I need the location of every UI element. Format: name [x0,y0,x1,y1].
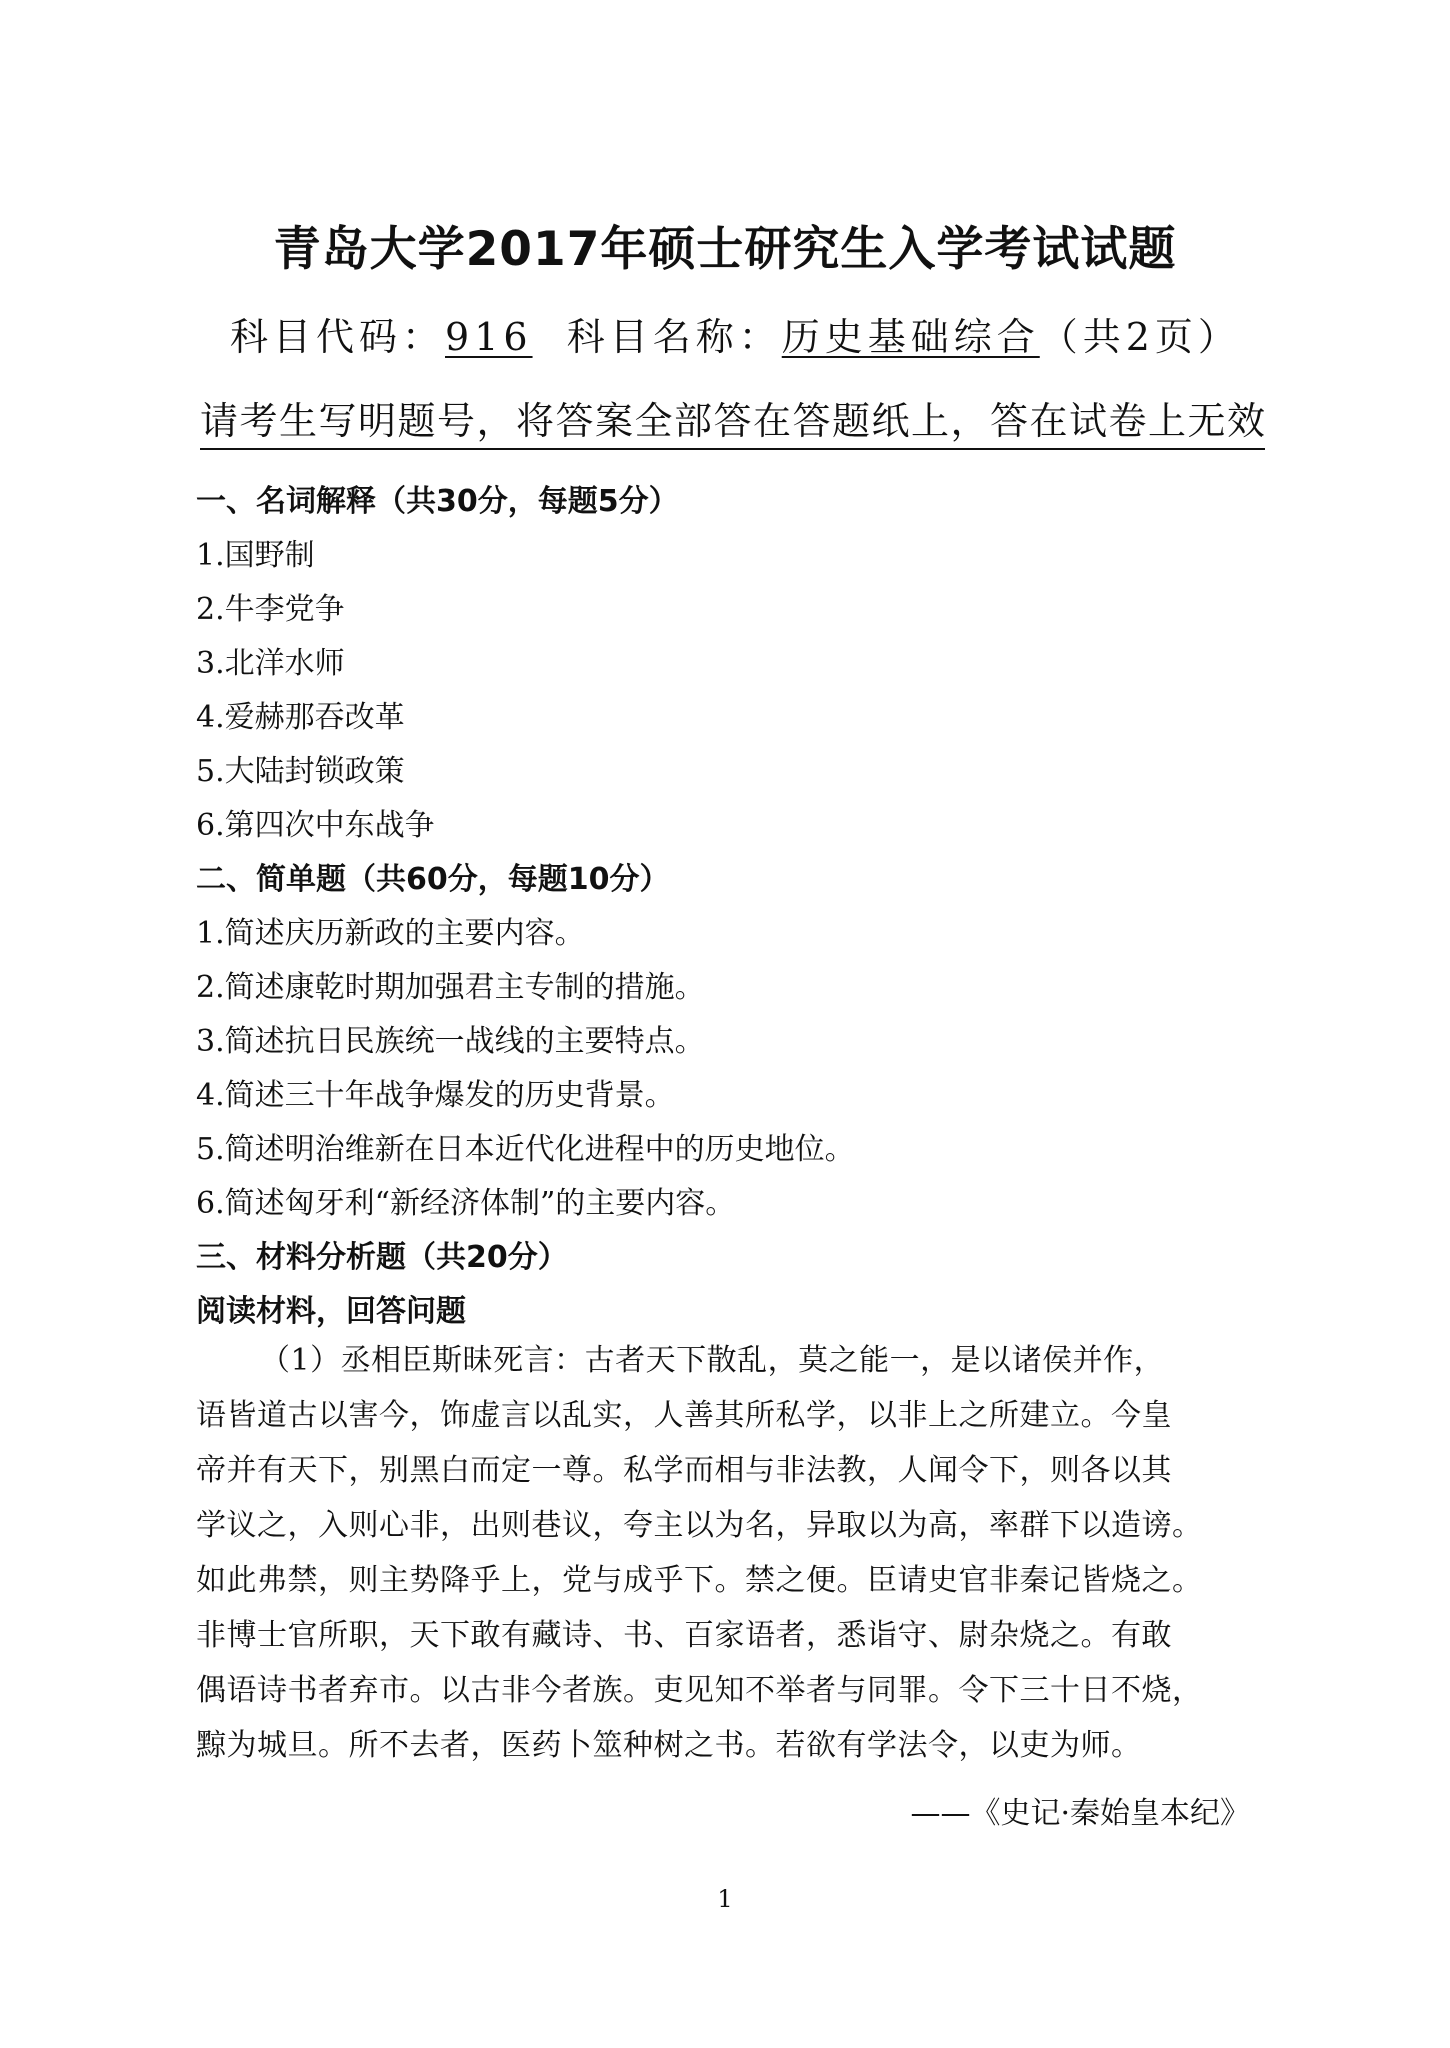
list-item: 1.简述庆历新政的主要内容。 [196,908,585,952]
passage-line: 帝并有天下，别黑白而定一尊。私学而相与非法教，人闻令下，则各以其 [196,1443,1276,1498]
exam-page: 青岛大学2017年硕士研究生入学考试试题 科目代码：916 科目名称：历史基础综… [0,0,1450,2048]
passage-line: 学议之，入则心非，出则巷议，夸主以为名，异取以为高，率群下以造谤。 [196,1498,1276,1553]
passage-source: ——《史记·秦始皇本纪》 [910,1788,1250,1832]
subject-line: 科目代码：916 科目名称：历史基础综合（共2页） [230,306,1241,361]
list-item: 2.牛李党争 [196,584,345,628]
source-passage: （1）丞相臣斯昧死言：古者天下散乱，莫之能一，是以诸侯并作， 语皆道古以害今，饰… [196,1333,1276,1773]
page-number: 1 [0,1885,1450,1913]
passage-line: 偶语诗书者弃市。以古非今者族。吏见知不举者与同罪。令下三十日不烧， [196,1663,1276,1718]
section-heading: 三、材料分析题（共20分） [196,1232,568,1276]
list-item: 6.第四次中东战争 [196,800,435,844]
passage-line: 黥为城旦。所不去者，医药卜筮种树之书。若欲有学法令，以吏为师。 [196,1718,1276,1773]
list-item: 4.爱赫那吞改革 [196,692,405,736]
subject-name-label: 科目名称： [567,315,782,359]
section-heading: 二、简单题（共60分，每题10分） [196,854,670,898]
passage-line: 语皆道古以害今，饰虚言以乱实，人善其所私学，以非上之所建立。今皇 [196,1388,1276,1443]
exam-notice: 请考生写明题号，将答案全部答在答题纸上，答在试卷上无效 [200,398,1265,450]
list-item: 2.简述康乾时期加强君主专制的措施。 [196,962,705,1006]
list-item: 5.大陆封锁政策 [196,746,405,790]
list-item: 3.北洋水师 [196,638,345,682]
list-item: 3.简述抗日民族统一战线的主要特点。 [196,1016,705,1060]
list-item: 4.简述三十年战争爆发的历史背景。 [196,1070,675,1114]
pages-note: （共2页） [1040,315,1241,359]
subject-code-label: 科目代码： [230,315,445,359]
subject-name: 历史基础综合 [782,315,1040,359]
exam-title: 青岛大学2017年硕士研究生入学考试试题 [0,212,1450,279]
list-item: 5.简述明治维新在日本近代化进程中的历史地位。 [196,1124,855,1168]
passage-line: （1）丞相臣斯昧死言：古者天下散乱，莫之能一，是以诸侯并作， [196,1333,1276,1388]
subject-code: 916 [445,315,533,359]
section-heading: 一、名词解释（共30分，每题5分） [196,476,679,520]
list-item: 1.国野制 [196,530,315,574]
section-subheading: 阅读材料，回答问题 [196,1286,466,1330]
passage-line: 如此弗禁，则主势降乎上，党与成乎下。禁之便。臣请史官非秦记皆烧之。 [196,1553,1276,1608]
list-item: 6.简述匈牙利“新经济体制”的主要内容。 [196,1178,735,1222]
passage-line: 非博士官所职，天下敢有藏诗、书、百家语者，悉诣守、尉杂烧之。有敢 [196,1608,1276,1663]
